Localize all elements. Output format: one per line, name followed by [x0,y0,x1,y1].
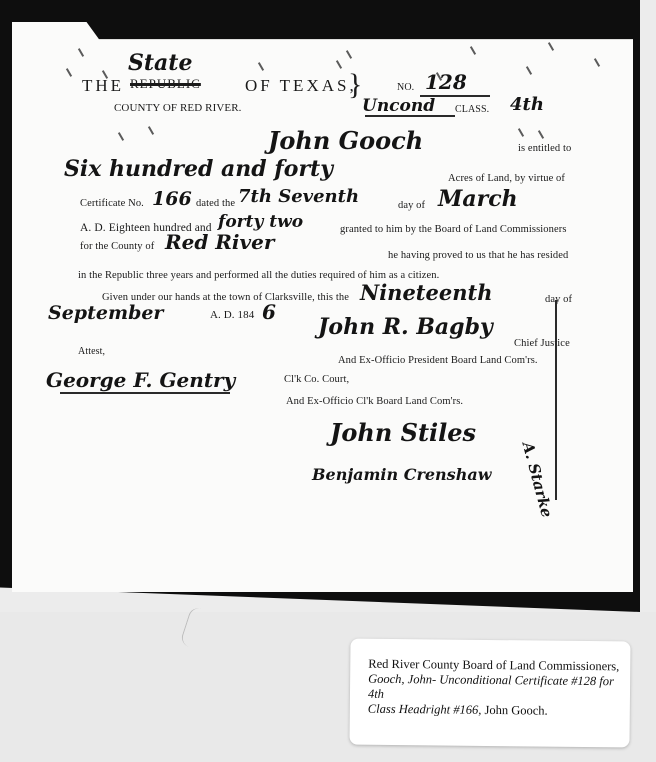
header-the: THE [82,76,124,96]
caption-line-3-normal: John Gooch. [481,703,547,718]
clerk-label: Cl'k Co. Court, [284,374,349,385]
entitled-text: is entitled to [518,143,571,154]
header-of-texas: OF TEXAS, [245,76,357,96]
class-value: 4th [510,94,544,115]
proved-text: he having proved to us that he has resid… [388,250,568,261]
given-year-digit: 6 [262,300,276,324]
county-heading: COUNTY OF RED RIVER. [114,102,242,114]
class-prefix-handwritten: Uncond [362,96,435,116]
granted-text: granted to him by the Board of Land Comm… [340,224,567,235]
year-handwritten: forty two [218,212,303,232]
dated-label: dated the [196,198,235,209]
commissioner-signature-1: John Stiles [330,418,476,447]
caption-line-1: Red River County Board of Land Commissio… [368,657,619,674]
class-label: CLASS. [455,104,489,115]
president-label: And Ex-Officio President Board Land Com'… [338,355,538,366]
given-ad-label: A. D. 184 [210,309,254,321]
caption-line-3-italic: Class Headright #166, [368,702,482,717]
caption-line-2: Gooch, John- Unconditional Certificate #… [368,672,614,701]
commissioner-signature-2: Benjamin Crenshaw [312,465,491,484]
county-handwritten: Red River [165,230,274,254]
caption-label: Red River County Board of Land Commissio… [349,639,630,748]
header-struck-republic: REPUBLIC [130,76,201,92]
clerk-signature: George F. Gentry [46,368,235,392]
grantee-name: John Gooch [268,126,423,155]
chief-justice-label: Chief Justice [514,338,570,349]
day-of-label: day of [398,200,425,211]
certificate-number: 128 [425,70,467,94]
inserted-state-word: State [128,50,192,76]
dated-month: March [438,186,518,212]
given-day: Nineteenth [360,280,492,305]
dated-day: 7th Seventh [238,186,359,207]
brace: } [348,70,362,100]
certificate-no-value: 166 [152,188,192,210]
no-label: NO. [397,82,414,93]
certificate-no-label: Certificate No. [80,198,144,209]
county-label: for the County of [80,241,154,252]
chief-justice-signature: John R. Bagby [318,314,493,340]
given-day-of: day of [545,294,572,305]
attest-label: Attest, [78,346,105,357]
ex-officio-clerk-label: And Ex-Officio Cl'k Board Land Com'rs. [286,396,463,407]
given-month: September [48,302,163,324]
acres-text: Acres of Land, by virtue of [448,173,565,184]
acres-handwritten: Six hundred and forty [64,156,333,182]
